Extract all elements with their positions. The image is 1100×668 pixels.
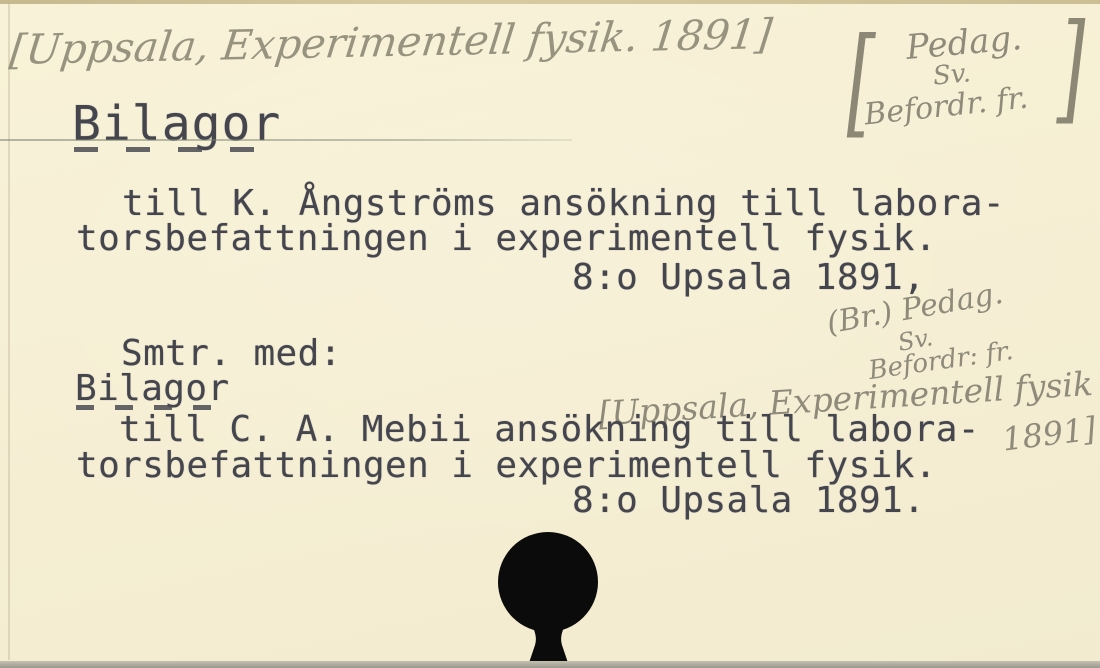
scan-edge-bottom	[0, 661, 1100, 668]
catalog-card: [Uppsala, Experimentell fysik. 1891] [ P…	[0, 0, 1100, 668]
keyhole-punch-hole	[0, 0, 1100, 668]
